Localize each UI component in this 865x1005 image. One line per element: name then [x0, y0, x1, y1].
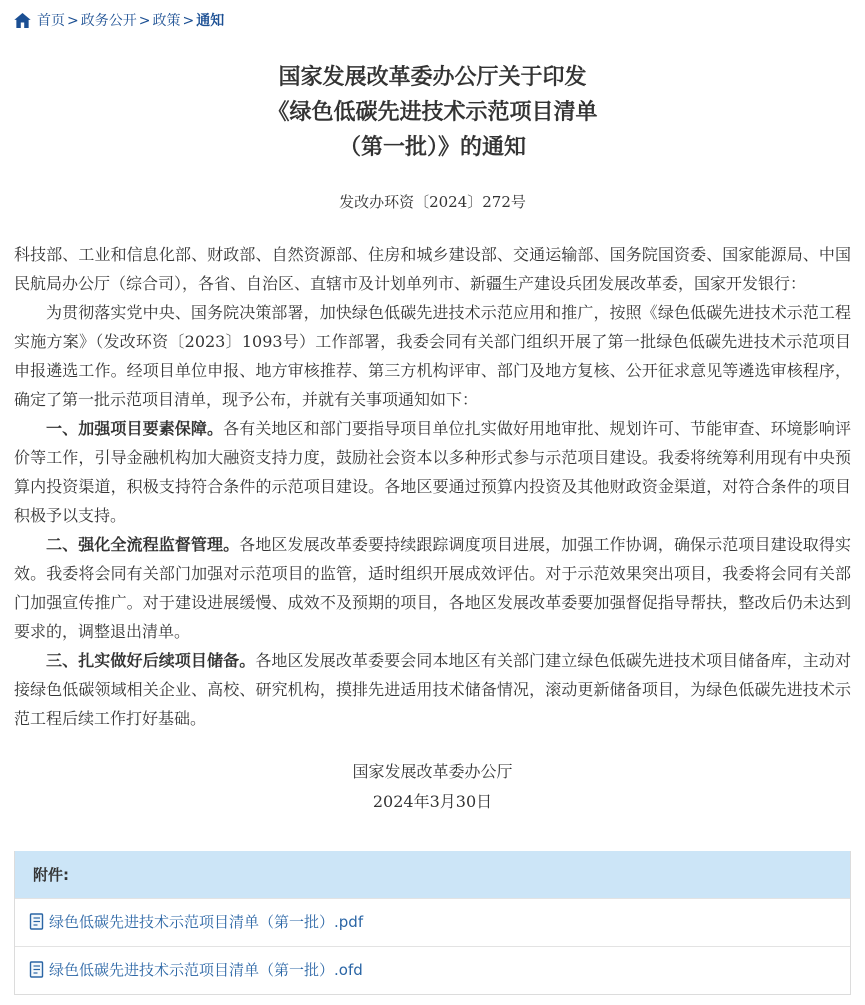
document-number: 发改办环资〔2024〕272号 — [14, 191, 851, 212]
breadcrumb-separator: > — [182, 13, 194, 29]
signature-org: 国家发展改革委办公厅 — [14, 757, 851, 787]
attachments-list: 绿色低碳先进技术示范项目清单（第一批）.pdf绿色低碳先进技术示范项目清单（第一… — [15, 898, 850, 994]
breadcrumb-item-3[interactable]: 政策 — [152, 13, 180, 29]
signature-date: 2024年3月30日 — [14, 787, 851, 817]
file-icon — [29, 961, 45, 978]
paragraph-5: 三、扎实做好后续项目储备。各地区发展改革委要会同本地区有关部门建立绿色低碳先进技… — [14, 646, 851, 733]
paragraph-5-lead: 三、扎实做好后续项目储备。 — [46, 651, 255, 670]
attachments-box: 附件: 绿色低碳先进技术示范项目清单（第一批）.pdf绿色低碳先进技术示范项目清… — [14, 851, 851, 995]
paragraph-3-lead: 一、加强项目要素保障。 — [46, 419, 223, 438]
attachment-row-1: 绿色低碳先进技术示范项目清单（第一批）.pdf — [15, 898, 850, 946]
paragraph-2: 为贯彻落实党中央、国务院决策部署，加快绿色低碳先进技术示范应用和推广，按照《绿色… — [14, 298, 851, 414]
signature-block: 国家发展改革委办公厅 2024年3月30日 — [14, 757, 851, 817]
paragraph-3: 一、加强项目要素保障。各有关地区和部门要指导项目单位扎实做好用地审批、规划许可、… — [14, 414, 851, 530]
file-icon — [29, 913, 45, 930]
attachment-label: 绿色低碳先进技术示范项目清单（第一批）.pdf — [49, 911, 363, 932]
breadcrumb: 首页>政务公开>政策>通知 — [14, 8, 851, 30]
notice-page: 首页>政务公开>政策>通知 国家发展改革委办公厅关于印发 《绿色低碳先进技术示范… — [0, 0, 865, 1005]
title-line-2: 《绿色低碳先进技术示范项目清单 — [14, 95, 851, 130]
attachments-header: 附件: — [15, 851, 850, 898]
paragraph-1: 科技部、工业和信息化部、财政部、自然资源部、住房和城乡建设部、交通运输部、国务院… — [14, 240, 851, 298]
title-line-3: （第一批）》的通知 — [14, 130, 851, 165]
home-icon[interactable] — [14, 13, 31, 28]
attachment-link-ofd[interactable]: 绿色低碳先进技术示范项目清单（第一批）.ofd — [29, 959, 363, 980]
breadcrumb-item-1[interactable]: 首页 — [37, 13, 65, 29]
title-line-1: 国家发展改革委办公厅关于印发 — [14, 60, 851, 95]
breadcrumb-item-2[interactable]: 政务公开 — [81, 13, 137, 29]
breadcrumb-separator: > — [67, 13, 79, 29]
attachment-link-pdf[interactable]: 绿色低碳先进技术示范项目清单（第一批）.pdf — [29, 911, 363, 932]
breadcrumb-separator: > — [139, 13, 151, 29]
breadcrumb-items: 首页>政务公开>政策>通知 — [37, 10, 224, 30]
page-title: 国家发展改革委办公厅关于印发 《绿色低碳先进技术示范项目清单 （第一批）》的通知 — [14, 60, 851, 165]
article-body: 科技部、工业和信息化部、财政部、自然资源部、住房和城乡建设部、交通运输部、国务院… — [14, 240, 851, 733]
attachment-label: 绿色低碳先进技术示范项目清单（第一批）.ofd — [49, 959, 363, 980]
attachment-row-2: 绿色低碳先进技术示范项目清单（第一批）.ofd — [15, 946, 850, 994]
paragraph-4-lead: 二、强化全流程监督管理。 — [46, 535, 239, 554]
breadcrumb-item-4: 通知 — [196, 13, 224, 29]
paragraph-2-text: 为贯彻落实党中央、国务院决策部署，加快绿色低碳先进技术示范应用和推广，按照《绿色… — [14, 303, 851, 409]
paragraph-4: 二、强化全流程监督管理。各地区发展改革委要持续跟踪调度项目进展，加强工作协调，确… — [14, 530, 851, 646]
paragraph-1-text: 科技部、工业和信息化部、财政部、自然资源部、住房和城乡建设部、交通运输部、国务院… — [14, 245, 851, 293]
